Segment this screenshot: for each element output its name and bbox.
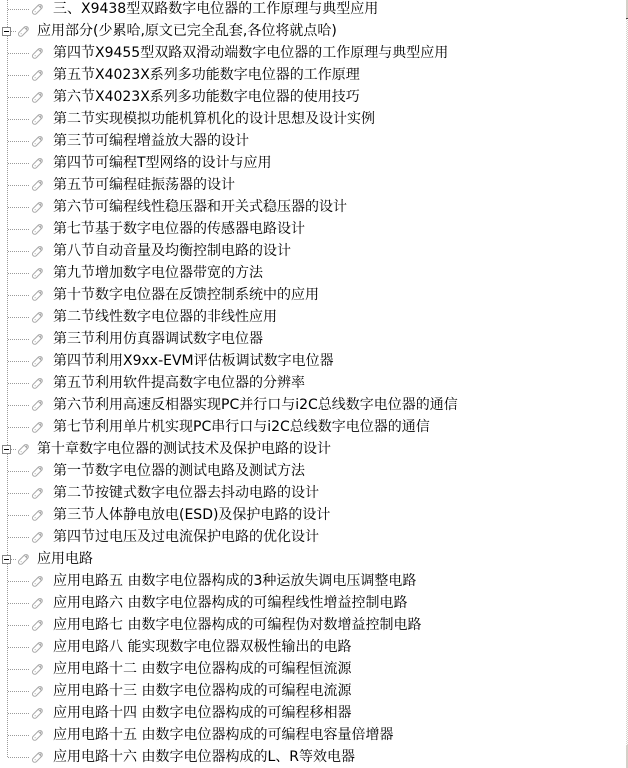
tree-connector-line: [8, 713, 30, 714]
toc-item-label[interactable]: 应用电路十三 由数字电位器构成的可编程电流源: [53, 680, 351, 702]
tree-connector-line: [8, 9, 30, 10]
toc-item[interactable]: 三、X9438型双路数字电位器的工作原理与典型应用: [0, 0, 626, 20]
toc-item-label[interactable]: 第五节可编程硅振荡器的设计: [53, 174, 235, 196]
tree-connector-line: [8, 757, 30, 758]
tree-connector-line: [8, 75, 30, 76]
tree-connector-line: [8, 581, 30, 582]
toc-item-label[interactable]: 第二节实现模拟功能机算机化的设计思想及设计实例: [53, 108, 375, 130]
toc-tree: 三、X9438型双路数字电位器的工作原理与典型应用 应用部分(少累哈,原文已完全…: [0, 0, 626, 768]
tree-connector-line: [8, 647, 30, 648]
chapter-pencil-icon: [30, 354, 45, 369]
tree-connector-line: [8, 405, 30, 406]
toc-item[interactable]: 应用电路十六 由数字电位器构成的L、R等效电器: [0, 746, 626, 768]
toc-item-label[interactable]: 第五节X4023X系列多功能数字电位器的工作原理: [53, 64, 360, 86]
chapter-pencil-icon: [30, 464, 45, 479]
chapter-pencil-icon: [30, 2, 45, 17]
tree-connector-line: [8, 691, 30, 692]
toc-item-label[interactable]: 第四节过电压及过电流保护电路的优化设计: [53, 526, 319, 548]
toc-item[interactable]: 第五节X4023X系列多功能数字电位器的工作原理: [0, 64, 626, 86]
toc-item-label[interactable]: 第九节增加数字电位器带宽的方法: [53, 262, 263, 284]
tree-connector-line: [8, 317, 30, 318]
toc-item-label[interactable]: 应用电路六 由数字电位器构成的可编程线性增益控制电路: [53, 592, 407, 614]
toc-item[interactable]: 第六节X4023X系列多功能数字电位器的使用技巧: [0, 86, 626, 108]
toc-item-label[interactable]: 应用电路十二 由数字电位器构成的可编程恒流源: [53, 658, 351, 680]
toc-item-label[interactable]: 第三节利用仿真器调试数字电位器: [53, 328, 263, 350]
tree-connector-line: [8, 53, 30, 54]
chapter-pencil-icon: [30, 288, 45, 303]
tree-connector-line: [8, 493, 30, 494]
tree-connector-line: [8, 141, 30, 142]
tree-connector-line: [8, 229, 30, 230]
toc-item[interactable]: 应用电路十五 由数字电位器构成的可编程电容量倍增器: [0, 724, 626, 746]
chapter-pencil-icon: [30, 134, 45, 149]
toc-item-label[interactable]: 应用部分(少累哈,原文已完全乱套,各位将就点哈): [37, 20, 337, 42]
toc-item[interactable]: 第七节利用单片机实现PC串行口与i2C总线数字电位器的通信: [0, 416, 626, 438]
toc-item[interactable]: 第四节过电压及过电流保护电路的优化设计: [0, 526, 626, 548]
chapter-pencil-icon: [30, 90, 45, 105]
chapter-pencil-icon: [30, 618, 45, 633]
tree-connector-line: [8, 273, 30, 274]
toc-item[interactable]: 第二节线性数字电位器的非线性应用: [0, 306, 626, 328]
toc-item-label[interactable]: 应用电路八 能实现数字电位器双极性输出的电路: [53, 636, 351, 658]
tree-connector-line: [8, 383, 30, 384]
chapter-pencil-icon: [30, 376, 45, 391]
toc-item-label[interactable]: 第五节利用软件提高数字电位器的分辨率: [53, 372, 305, 394]
toc-item[interactable]: 应用电路六 由数字电位器构成的可编程线性增益控制电路: [0, 592, 626, 614]
tree-collapse-toggle[interactable]: [2, 27, 11, 36]
chapter-pencil-icon: [30, 68, 45, 83]
toc-item[interactable]: 第三节可编程增益放大器的设计: [0, 130, 626, 152]
tree-connector-line: [8, 163, 30, 164]
chapter-pencil-icon: [30, 112, 45, 127]
chapter-pencil-icon: [30, 662, 45, 677]
toc-item[interactable]: 第十章数字电位器的测试技术及保护电路的设计: [0, 438, 626, 460]
toc-item[interactable]: 第二节实现模拟功能机算机化的设计思想及设计实例: [0, 108, 626, 130]
toc-item[interactable]: 第八节自动音量及均衡控制电路的设计: [0, 240, 626, 262]
toc-item[interactable]: 第七节基于数字电位器的传感器电路设计: [0, 218, 626, 240]
chapter-pencil-icon: [30, 750, 45, 765]
chapter-pencil-icon: [30, 178, 45, 193]
tree-connector-line: [8, 537, 30, 538]
toc-item-label[interactable]: 第四节X9455型双路双滑动端数字电位器的工作原理与典型应用: [53, 42, 448, 64]
toc-item[interactable]: 第十节数字电位器在反馈控制系统中的应用: [0, 284, 626, 306]
toc-item[interactable]: 第三节人体静电放电(ESD)及保护电路的设计: [0, 504, 626, 526]
toc-item-label[interactable]: 第七节利用单片机实现PC串行口与i2C总线数字电位器的通信: [53, 416, 430, 438]
tree-connector-line: [8, 339, 30, 340]
chapter-pencil-icon: [30, 244, 45, 259]
tree-connector-line: [8, 735, 30, 736]
toc-item-label[interactable]: 第一节数字电位器的测试电路及测试方法: [53, 460, 305, 482]
toc-item[interactable]: 第二节按键式数字电位器去抖动电路的设计: [0, 482, 626, 504]
toc-item-label[interactable]: 应用电路: [37, 548, 93, 570]
toc-item[interactable]: 第三节利用仿真器调试数字电位器: [0, 328, 626, 350]
toc-item[interactable]: 第四节X9455型双路双滑动端数字电位器的工作原理与典型应用: [0, 42, 626, 64]
toc-item-label[interactable]: 第四节可编程T型网络的设计与应用: [53, 152, 272, 174]
toc-item[interactable]: 应用部分(少累哈,原文已完全乱套,各位将就点哈): [0, 20, 626, 42]
toc-item[interactable]: 应用电路十二 由数字电位器构成的可编程恒流源: [0, 658, 626, 680]
toc-item-label[interactable]: 第十章数字电位器的测试技术及保护电路的设计: [37, 438, 331, 460]
toc-item-label[interactable]: 第二节按键式数字电位器去抖动电路的设计: [53, 482, 319, 504]
minus-icon: [4, 31, 9, 32]
tree-connector-line: [8, 603, 30, 604]
toc-item[interactable]: 第六节可编程线性稳压器和开关式稳压器的设计: [0, 196, 626, 218]
tree-connector-line: [8, 515, 30, 516]
toc-item-label[interactable]: 第三节人体静电放电(ESD)及保护电路的设计: [53, 504, 330, 526]
toc-item-label[interactable]: 三、X9438型双路数字电位器的工作原理与典型应用: [53, 0, 378, 20]
toc-item-label[interactable]: 第十节数字电位器在反馈控制系统中的应用: [53, 284, 319, 306]
toc-item-label[interactable]: 第四节利用X9xx-EVM评估板调试数字电位器: [53, 350, 334, 372]
toc-item-label[interactable]: 第三节可编程增益放大器的设计: [53, 130, 249, 152]
toc-item-label[interactable]: 第八节自动音量及均衡控制电路的设计: [53, 240, 291, 262]
toc-item[interactable]: 第一节数字电位器的测试电路及测试方法: [0, 460, 626, 482]
toc-item-label[interactable]: 第六节X4023X系列多功能数字电位器的使用技巧: [53, 86, 360, 108]
chapter-pencil-icon: [30, 420, 45, 435]
toc-item[interactable]: 第四节可编程T型网络的设计与应用: [0, 152, 626, 174]
chapter-pencil-icon: [30, 684, 45, 699]
chapter-pencil-icon: [30, 46, 45, 61]
toc-item[interactable]: 第四节利用X9xx-EVM评估板调试数字电位器: [0, 350, 626, 372]
tree-connector-line: [8, 669, 30, 670]
chapter-pencil-icon: [30, 728, 45, 743]
chapter-pencil-icon: [30, 266, 45, 281]
chapter-pencil-icon: [30, 508, 45, 523]
chapter-pencil-icon: [30, 156, 45, 171]
tree-connector-line: [8, 251, 30, 252]
toc-item[interactable]: 应用电路八 能实现数字电位器双极性输出的电路: [0, 636, 626, 658]
toc-item-label[interactable]: 第六节利用高速反相器实现PC并行口与i2C总线数字电位器的通信: [53, 394, 458, 416]
chapter-pencil-icon: [30, 706, 45, 721]
chapter-pencil-icon: [30, 530, 45, 545]
tree-connector-line: [8, 625, 30, 626]
chapter-pencil-icon: [30, 222, 45, 237]
toc-item[interactable]: 应用电路: [0, 548, 626, 570]
tree-connector-line: [8, 97, 30, 98]
toc-item-label[interactable]: 应用电路七 由数字电位器构成的可编程伪对数增益控制电路: [53, 614, 421, 636]
toc-item[interactable]: 应用电路十四 由数字电位器构成的可编程移相器: [0, 702, 626, 724]
chapter-pencil-icon: [30, 486, 45, 501]
minus-icon: [4, 449, 9, 450]
tree-connector-line: [8, 427, 30, 428]
tree-collapse-toggle[interactable]: [2, 445, 11, 454]
chapter-pencil-icon: [30, 640, 45, 655]
toc-item-label[interactable]: 应用电路十六 由数字电位器构成的L、R等效电器: [53, 746, 355, 768]
chapter-pencil-icon: [30, 332, 45, 347]
toc-item-label[interactable]: 第二节线性数字电位器的非线性应用: [53, 306, 277, 328]
chapter-pencil-icon: [30, 574, 45, 589]
toc-item-label[interactable]: 第七节基于数字电位器的传感器电路设计: [53, 218, 305, 240]
toc-item[interactable]: 应用电路七 由数字电位器构成的可编程伪对数增益控制电路: [0, 614, 626, 636]
toc-item-label[interactable]: 应用电路五 由数字电位器构成的3种运放失调电压调整电路: [53, 570, 416, 592]
chapter-pencil-icon: [16, 552, 31, 567]
toc-item[interactable]: 第五节利用软件提高数字电位器的分辨率: [0, 372, 626, 394]
tree-connector-line: [8, 361, 30, 362]
tree-connector-line: [8, 119, 30, 120]
toc-item[interactable]: 第六节利用高速反相器实现PC并行口与i2C总线数字电位器的通信: [0, 394, 626, 416]
chapter-pencil-icon: [30, 310, 45, 325]
toc-item-label[interactable]: 应用电路十四 由数字电位器构成的可编程移相器: [53, 702, 351, 724]
chapter-pencil-icon: [16, 24, 31, 39]
tree-connector-line: [8, 207, 30, 208]
minus-icon: [4, 559, 9, 560]
tree-connector-line: [8, 471, 30, 472]
tree-collapse-toggle[interactable]: [2, 555, 11, 564]
tree-connector-line: [8, 295, 30, 296]
chapter-pencil-icon: [30, 596, 45, 611]
chapter-pencil-icon: [30, 398, 45, 413]
toc-item[interactable]: 第九节增加数字电位器带宽的方法: [0, 262, 626, 284]
toc-item-label[interactable]: 应用电路十五 由数字电位器构成的可编程电容量倍增器: [53, 724, 393, 746]
chapter-pencil-icon: [16, 442, 31, 457]
toc-item[interactable]: 应用电路十三 由数字电位器构成的可编程电流源: [0, 680, 626, 702]
toc-item[interactable]: 应用电路五 由数字电位器构成的3种运放失调电压调整电路: [0, 570, 626, 592]
toc-item-label[interactable]: 第六节可编程线性稳压器和开关式稳压器的设计: [53, 196, 347, 218]
tree-connector-line: [8, 185, 30, 186]
chapter-pencil-icon: [30, 200, 45, 215]
toc-item[interactable]: 第五节可编程硅振荡器的设计: [0, 174, 626, 196]
